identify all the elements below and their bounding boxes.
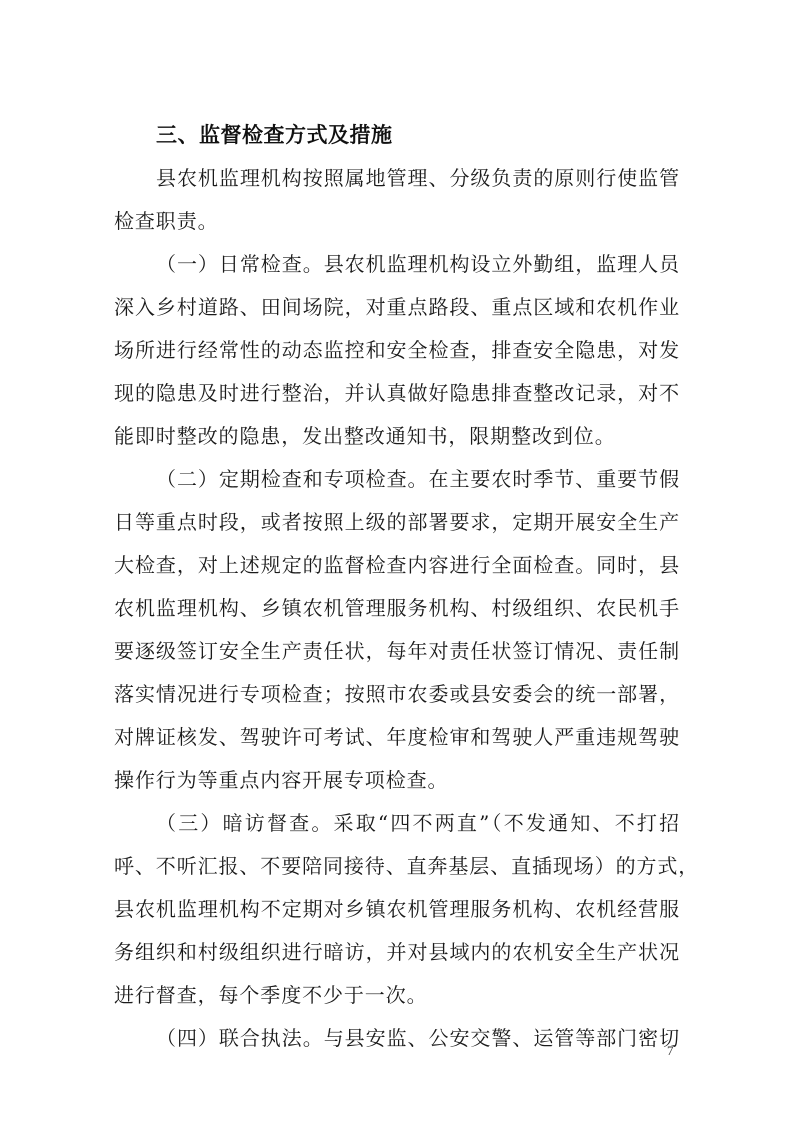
- paragraph-joint-enforcement: （四）联合执法。与县安监、公安交警、运管等部门密切: [114, 1017, 680, 1060]
- text-line: 能即时整改的隐患，发出整改通知书，限期整改到位。: [114, 415, 680, 458]
- text-line: （三）暗访督查。采取“四不两直”（不发通知、不打招: [114, 802, 680, 845]
- text-line: 要逐级签订安全生产责任状，每年对责任状签订情况、责任制: [114, 630, 680, 673]
- paragraph-unannounced-inspection: （三）暗访督查。采取“四不两直”（不发通知、不打招 呼、不听汇报、不要陪同接待、…: [114, 802, 680, 1017]
- text-line: 检查职责。: [114, 200, 680, 243]
- paragraph-periodic-inspection: （二）定期检查和专项检查。在主要农时季节、重要节假 日等重点时段，或者按照上级的…: [114, 458, 680, 802]
- text-line: 落实情况进行专项检查；按照市农委或县安委会的统一部署，: [114, 673, 680, 716]
- text-line: （一）日常检查。县农机监理机构设立外勤组，监理人员: [114, 243, 680, 286]
- paragraph-daily-inspection: （一）日常检查。县农机监理机构设立外勤组，监理人员 深入乡村道路、田间场院，对重…: [114, 243, 680, 458]
- text-line: （四）联合执法。与县安监、公安交警、运管等部门密切: [114, 1017, 680, 1060]
- text-line: 场所进行经常性的动态监控和安全检查，排查安全隐患，对发: [114, 329, 680, 372]
- page-number: 7: [667, 1043, 674, 1059]
- paragraph-intro: 县农机监理机构按照属地管理、分级负责的原则行使监管 检查职责。: [114, 157, 680, 243]
- text-line: 农机监理机构、乡镇农机管理服务机构、村级组织、农民机手: [114, 587, 680, 630]
- text-line: 县农机监理机构按照属地管理、分级负责的原则行使监管: [114, 157, 680, 200]
- text-line: 进行督查，每个季度不少于一次。: [114, 974, 680, 1017]
- text-line: 大检查，对上述规定的监督检查内容进行全面检查。同时，县: [114, 544, 680, 587]
- text-line: 呼、不听汇报、不要陪同接待、直奔基层、直插现场）的方式，: [114, 845, 680, 888]
- text-line: 操作行为等重点内容开展专项检查。: [114, 759, 680, 802]
- text-line: 深入乡村道路、田间场院，对重点路段、重点区域和农机作业: [114, 286, 680, 329]
- section-heading: 三、监督检查方式及措施: [114, 114, 680, 157]
- text-line: 日等重点时段，或者按照上级的部署要求，定期开展安全生产: [114, 501, 680, 544]
- text-line: 县农机监理机构不定期对乡镇农机管理服务机构、农机经营服: [114, 888, 680, 931]
- text-line: 对牌证核发、驾驶许可考试、年度检审和驾驶人严重违规驾驶: [114, 716, 680, 759]
- document-page: 三、监督检查方式及措施 县农机监理机构按照属地管理、分级负责的原则行使监管 检查…: [114, 114, 680, 1060]
- text-line: 现的隐患及时进行整治，并认真做好隐患排查整改记录，对不: [114, 372, 680, 415]
- text-line: （二）定期检查和专项检查。在主要农时季节、重要节假: [114, 458, 680, 501]
- text-line: 务组织和村级组织进行暗访，并对县域内的农机安全生产状况: [114, 931, 680, 974]
